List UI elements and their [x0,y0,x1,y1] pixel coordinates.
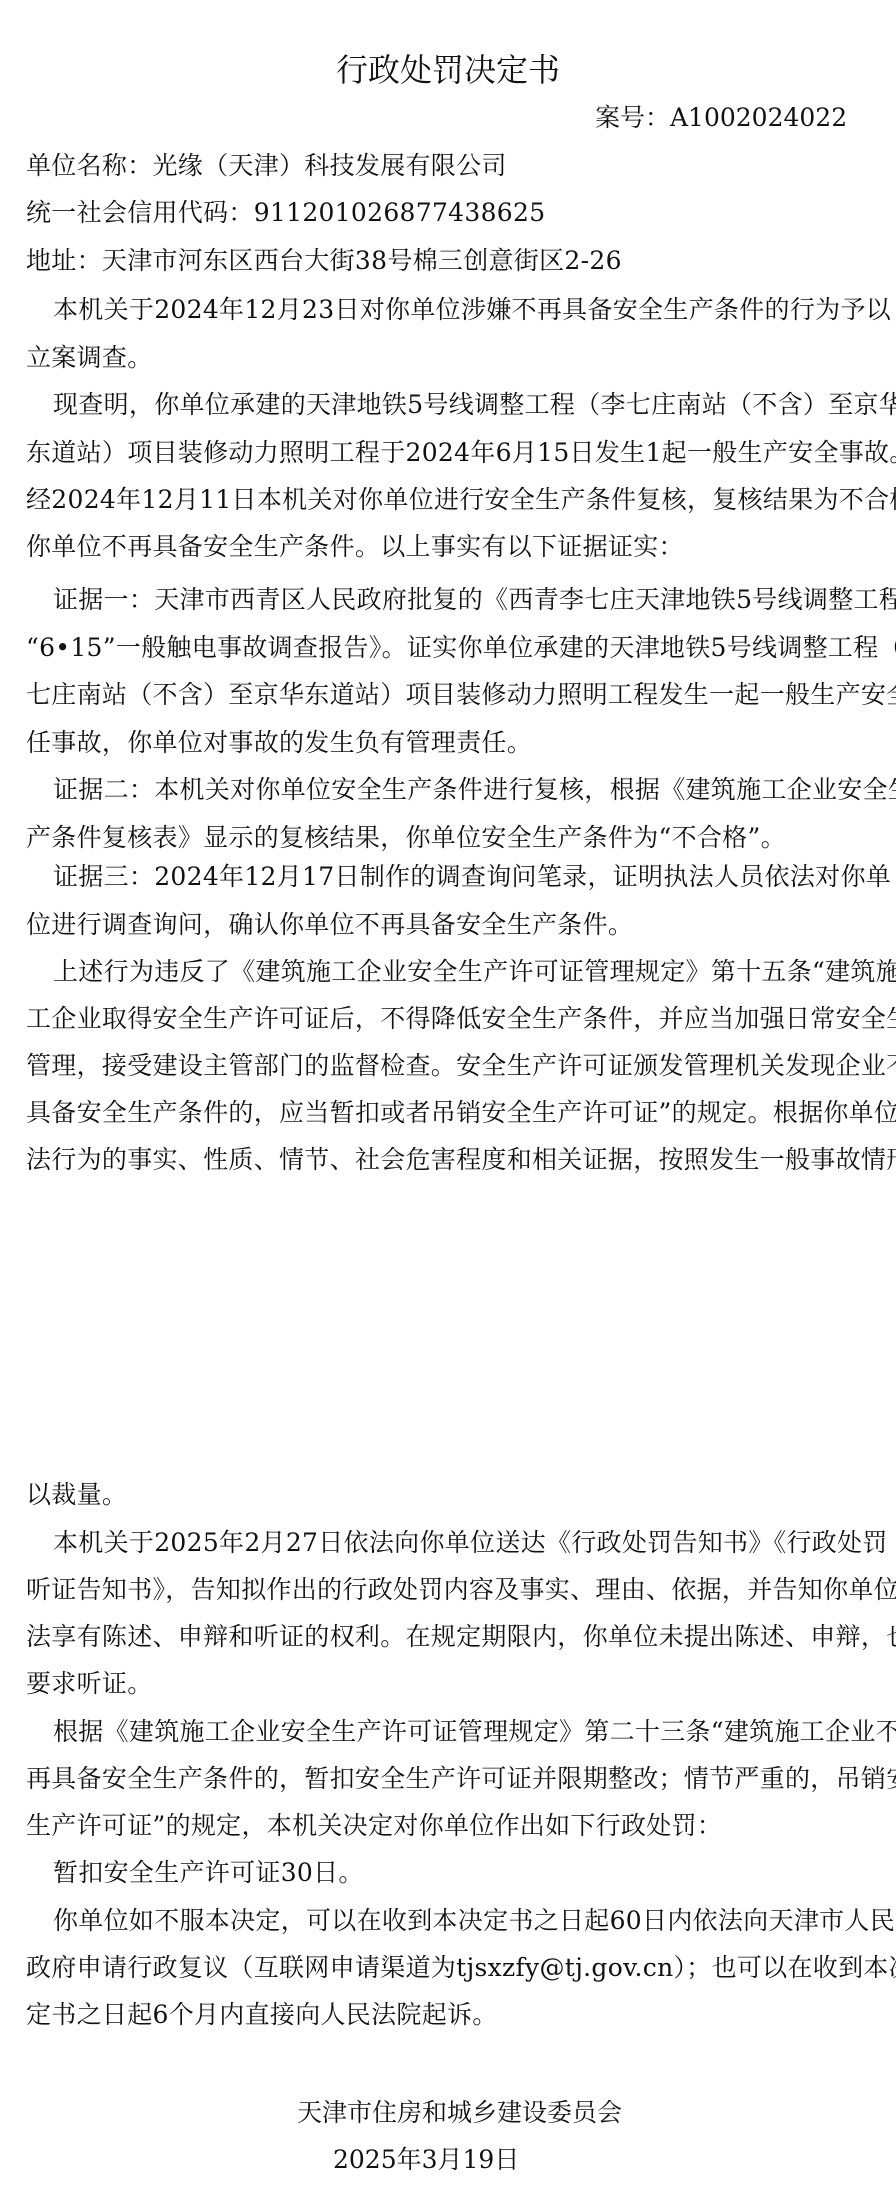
issuer-signature: 天津市住房和城乡建设委员会 [297,2098,467,2128]
paragraph-line: 再具备安全生产条件的，暂扣安全生产许可证并限期整改；情节严重的，吊销安全 [26,1764,868,1794]
paragraph-line: 本机关于2025年2月27日依法向你单位送达《行政处罚告知书》《行政处罚 [53,1528,868,1558]
issue-date: 2025年3月19日 [333,2145,433,2175]
credit-code: 统一社会信用代码：911201026877438625 [26,198,868,228]
document-title: 行政处罚决定书 [0,52,896,88]
evidence-line: 位进行调查询问，确认你单位不再具备安全生产条件。 [26,910,868,940]
evidence-line: “6•15”一般触电事故调查报告》。证实你单位承建的天津地铁5号线调整工程（李 [26,633,868,663]
unit-name: 单位名称：光缘（天津）科技发展有限公司 [26,151,868,181]
paragraph-line: 法享有陈述、申辩和听证的权利。在规定期限内，你单位未提出陈述、申辩，也未 [26,1622,868,1652]
paragraph-line: 管理，接受建设主管部门的监督检查。安全生产许可证颁发管理机关发现企业不再 [26,1051,868,1081]
paragraph-line: 法行为的事实、性质、情节、社会危害程度和相关证据，按照发生一般事故情形予 [26,1145,868,1175]
evidence-line: 任事故，你单位对事故的发生负有管理责任。 [26,728,868,758]
appeal-line: 政府申请行政复议（互联网申请渠道为tjsxzfy@tj.gov.cn）；也可以在… [26,1953,868,1983]
paragraph-line: 以裁量。 [26,1480,868,1510]
paragraph-line: 根据《建筑施工企业安全生产许可证管理规定》第二十三条“建筑施工企业不 [53,1717,868,1747]
evidence-line: 证据二：本机关对你单位安全生产条件进行复核，根据《建筑施工企业安全生 [53,775,868,805]
evidence-line: 证据一：天津市西青区人民政府批复的《西青李七庄天津地铁5号线调整工程 [53,585,868,615]
paragraph-line: 听证告知书》，告知拟作出的行政处罚内容及事实、理由、依据，并告知你单位依 [26,1575,868,1605]
paragraph-line: 经2024年12月11日本机关对你单位进行安全生产条件复核，复核结果为不合格。 [26,485,868,515]
paragraph-line: 本机关于2024年12月23日对你单位涉嫌不再具备安全生产条件的行为予以 [53,295,868,325]
paragraph-line: 上述行为违反了《建筑施工企业安全生产许可证管理规定》第十五条“建筑施 [53,957,868,987]
address: 地址：天津市河东区西台大街38号棉三创意街区2-26 [26,246,868,276]
paragraph-line: 工企业取得安全生产许可证后，不得降低安全生产条件，并应当加强日常安全生产 [26,1004,868,1034]
evidence-line: 证据三：2024年12月17日制作的调查询问笔录，证明执法人员依法对你单 [53,862,868,892]
evidence-line: 产条件复核表》显示的复核结果，你单位安全生产条件为“不合格”。 [26,823,868,853]
case-number: 案号：A1002024022 [595,103,847,133]
paragraph-line: 要求听证。 [26,1669,868,1699]
paragraph-line: 东道站）项目装修动力照明工程于2024年6月15日发生1起一般生产安全事故。 [26,438,868,468]
paragraph-line: 具备安全生产条件的，应当暂扣或者吊销安全生产许可证”的规定。根据你单位违 [26,1098,868,1128]
paragraph-line: 现查明，你单位承建的天津地铁5号线调整工程（李七庄南站（不含）至京华 [53,390,868,420]
appeal-line: 定书之日起6个月内直接向人民法院起诉。 [26,2000,868,2030]
appeal-line: 你单位如不服本决定，可以在收到本决定书之日起60日内依法向天津市人民 [53,1906,868,1936]
evidence-line: 七庄南站（不含）至京华东道站）项目装修动力照明工程发生一起一般生产安全责 [26,680,868,710]
penalty-decision: 暂扣安全生产许可证30日。 [53,1858,868,1888]
paragraph-line: 你单位不再具备安全生产条件。以上事实有以下证据证实： [26,532,868,562]
paragraph-line: 生产许可证”的规定，本机关决定对你单位作出如下行政处罚： [26,1811,868,1841]
paragraph-line: 立案调查。 [26,343,868,373]
